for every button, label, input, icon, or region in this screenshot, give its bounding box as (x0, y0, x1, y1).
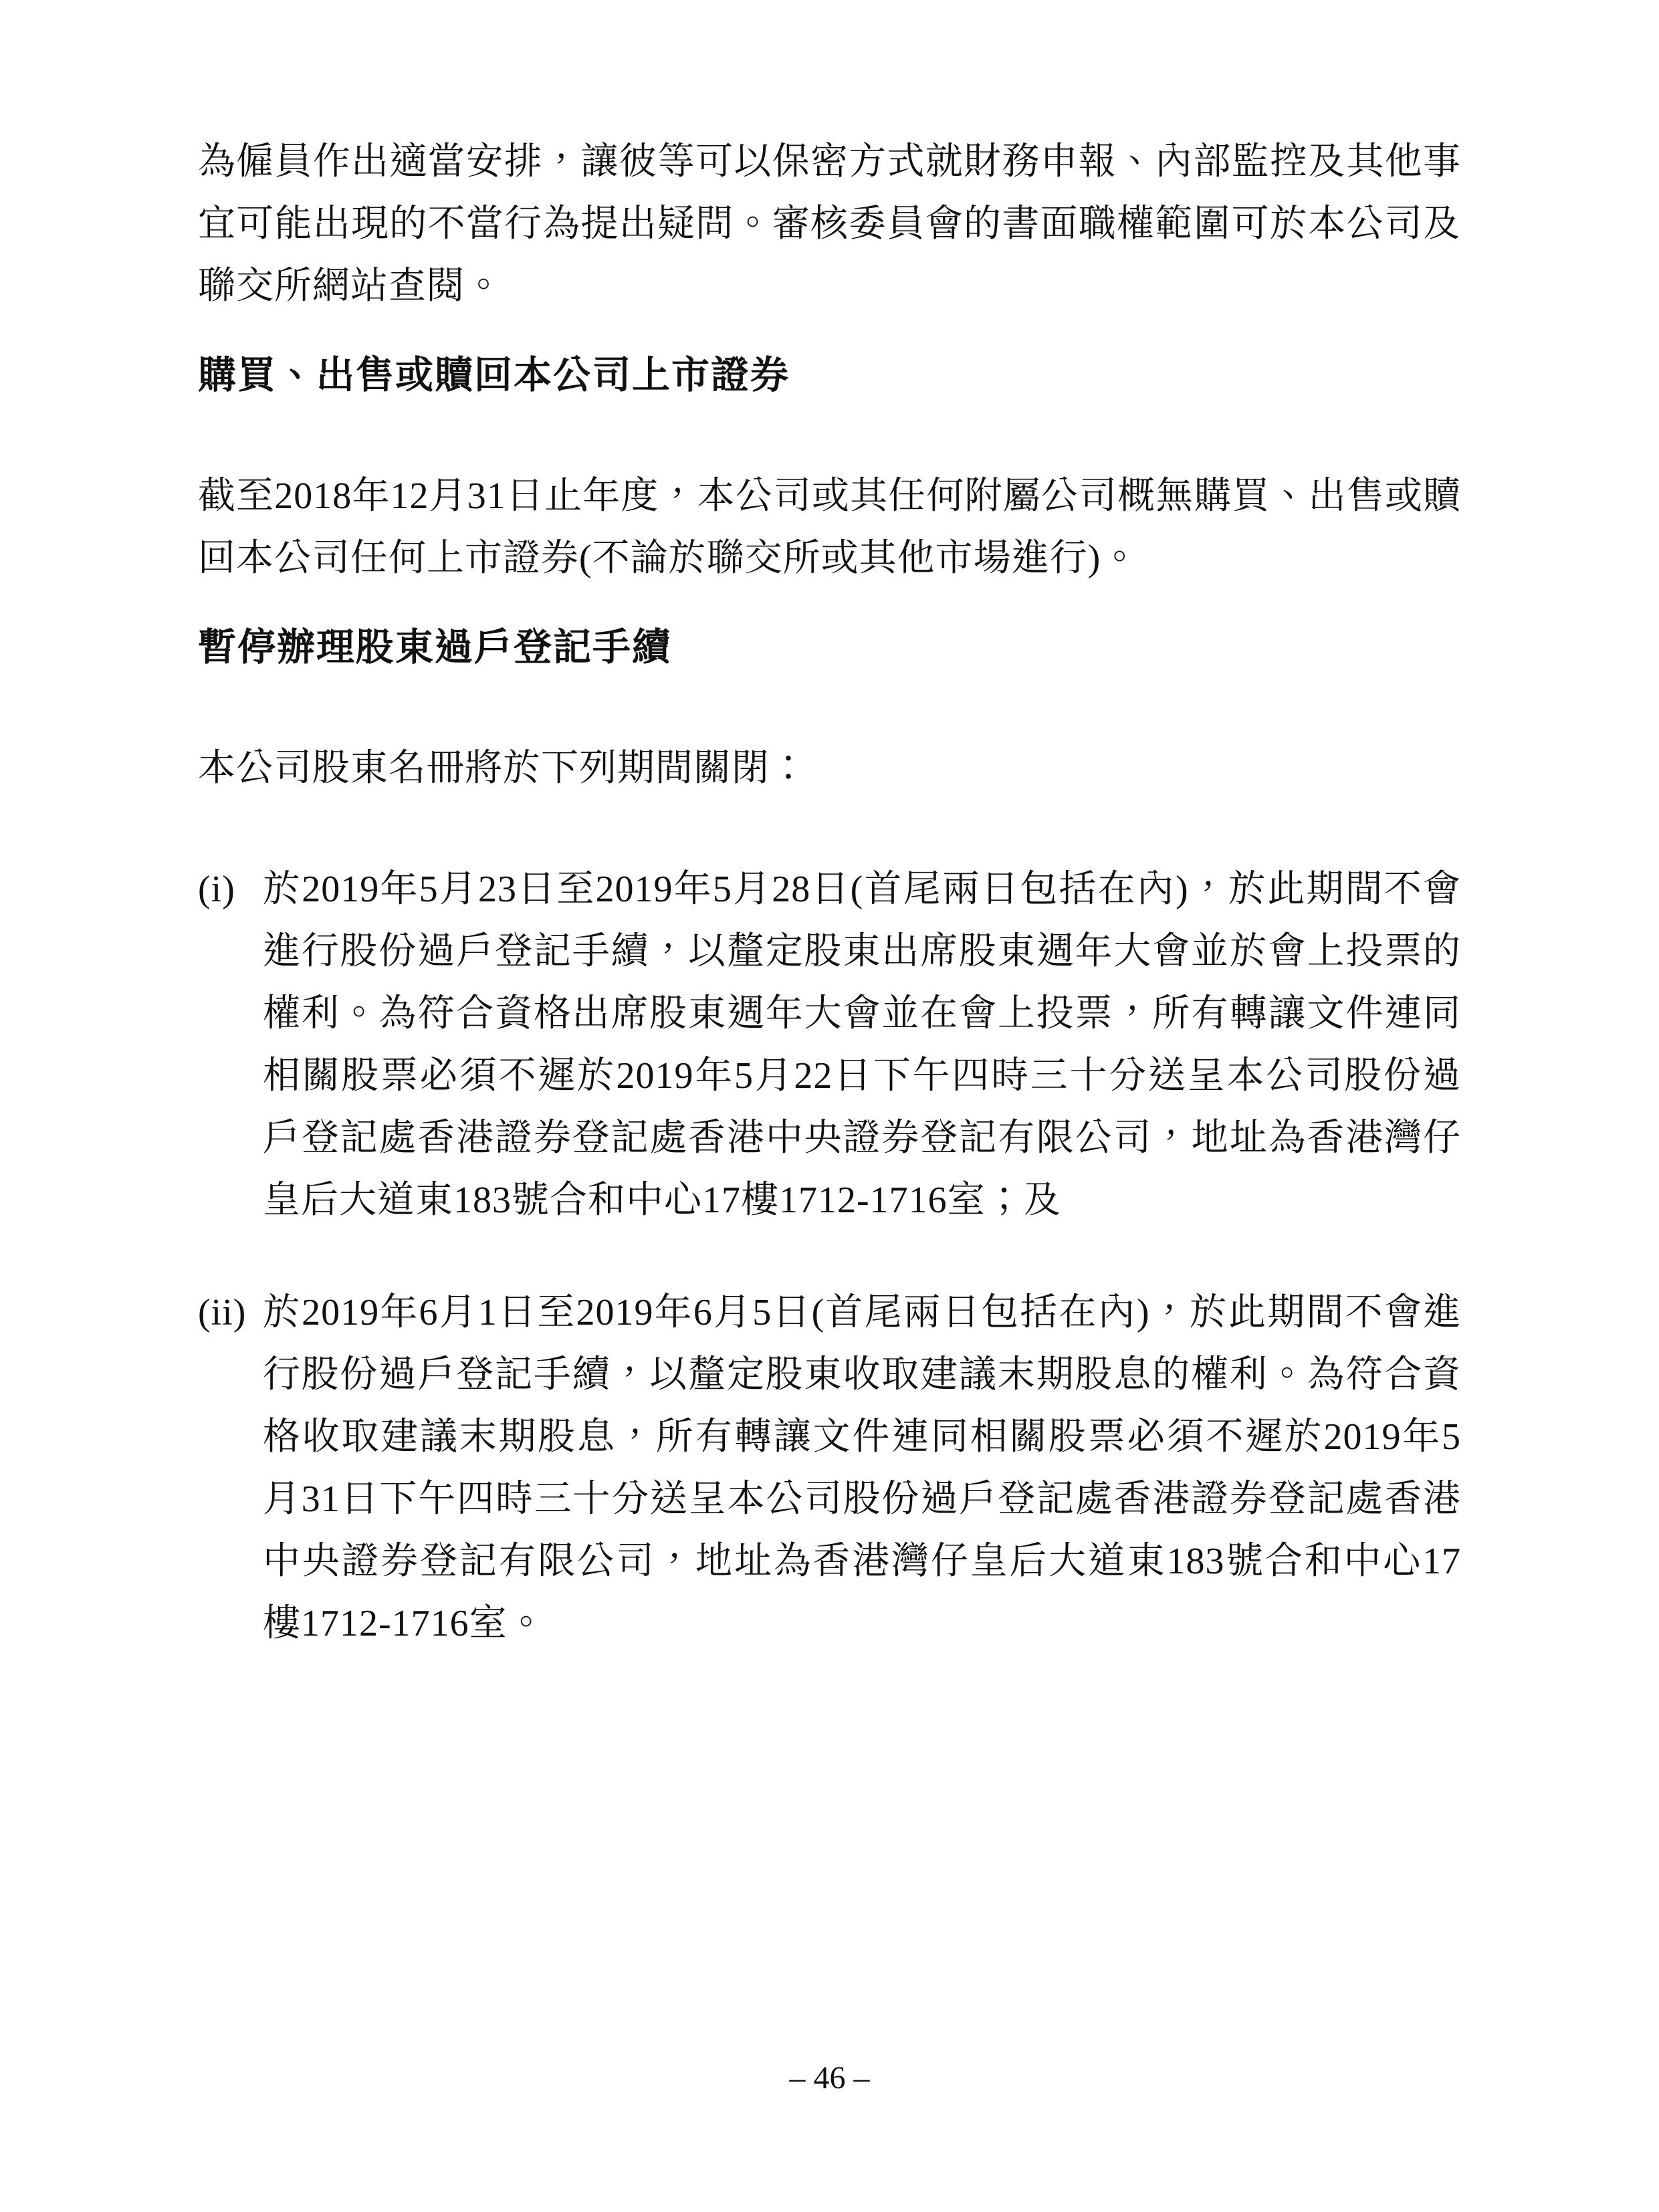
document-page: 為僱員作出適當安排，讓彼等可以保密方式就財務申報、內部監控及其他事宜可能出現的不… (0, 0, 1659, 2212)
list-item-closure-period-2: (ii) 於2019年6月1日至2019年6月5日(首尾兩日包括在內)，於此期間… (198, 1282, 1461, 1655)
section-heading-buyback-securities: 購買、出售或贖回本公司上市證券 (198, 344, 1461, 407)
list-item-closure-period-1: (i) 於2019年5月23日至2019年5月28日(首尾兩日包括在內)，於此期… (198, 859, 1461, 1232)
list-marker-i: (i) (198, 859, 235, 921)
buyback-paragraph: 截至2018年12月31日止年度，本公司或其任何附屬公司概無購買、出售或贖回本公… (198, 465, 1461, 590)
section-heading-register-closure: 暫停辦理股東過戶登記手續 (198, 617, 1461, 679)
page-number: – 46 – (790, 2060, 870, 2096)
list-item-text-2: 於2019年6月1日至2019年6月5日(首尾兩日包括在內)，於此期間不會進行股… (263, 1292, 1461, 1644)
intro-paragraph: 為僱員作出適當安排，讓彼等可以保密方式就財務申報、內部監控及其他事宜可能出現的不… (198, 131, 1461, 318)
page-content: 為僱員作出適當安排，讓彼等可以保密方式就財務申報、內部監控及其他事宜可能出現的不… (198, 131, 1461, 1655)
list-marker-ii: (ii) (198, 1282, 246, 1344)
list-item-text-1: 於2019年5月23日至2019年5月28日(首尾兩日包括在內)，於此期間不會進… (263, 869, 1461, 1221)
page-footer: – 46 – (0, 2058, 1659, 2098)
closure-period-list: (i) 於2019年5月23日至2019年5月28日(首尾兩日包括在內)，於此期… (198, 859, 1461, 1655)
register-closure-intro: 本公司股東名冊將於下列期間關閉： (198, 738, 1461, 800)
